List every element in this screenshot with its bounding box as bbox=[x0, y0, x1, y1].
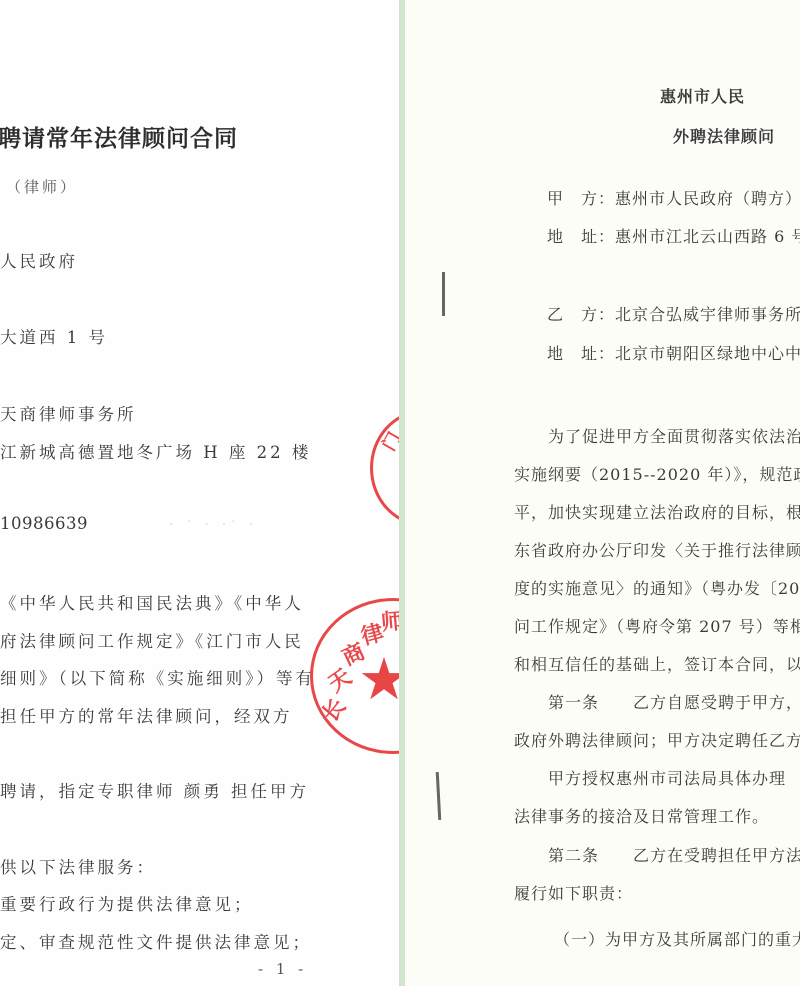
body-line: 实施纲要（2015--2020 年）》，规范政 bbox=[514, 462, 800, 485]
party-a-value: 惠州市人民政府（聘方） bbox=[615, 189, 800, 208]
scan-specks: · ˙ · ·˙ · bbox=[170, 520, 258, 529]
party-a-label: 甲 方： bbox=[547, 189, 615, 208]
body-line: 定、审查规范性文件提供法律意见； bbox=[0, 929, 312, 953]
party-b-label: 乙 方： bbox=[547, 305, 615, 324]
party-b-value: 北京合弘威宇律师事务所 bbox=[615, 305, 800, 324]
body-line: 细则》（以下简称《实施细则》）等有 bbox=[0, 665, 315, 689]
right-page-title-line1: 惠州市人民 bbox=[660, 84, 745, 107]
body-line: 重要行政行为提供法律意见； bbox=[0, 891, 254, 915]
scan-margin-mark bbox=[436, 772, 442, 820]
body-line: 平，加快实现建立法治政府的目标，根 bbox=[514, 500, 800, 523]
body-line: 供以下法律服务： bbox=[0, 854, 156, 878]
left-page-subtitle: （律师） bbox=[6, 176, 78, 197]
article-1-line: 第一条 乙方自愿受聘于甲方， bbox=[514, 690, 800, 713]
page-number: - 1 - bbox=[258, 960, 307, 978]
body-line: 聘请，指定专职律师 颜勇 担任甲方 bbox=[0, 778, 309, 802]
party-b-phone: 10986639 bbox=[0, 514, 88, 533]
party-b-name: 天商律师事务所 bbox=[0, 401, 137, 425]
body-line: 履行如下职责： bbox=[514, 881, 633, 904]
body-line: 担任甲方的常年法律顾问，经双方 bbox=[0, 703, 293, 727]
party-a-address-row: 地 址：惠州市江北云山西路 6 号 bbox=[547, 224, 800, 247]
party-b-address-value: 北京市朝阳区绿地中心中 bbox=[615, 344, 800, 363]
party-a-address-label: 地 址： bbox=[547, 227, 615, 246]
party-b-row: 乙 方：北京合弘威宇律师事务所 bbox=[547, 302, 800, 325]
body-line: 度的实施意见〉的通知》（粤办发〔20 bbox=[514, 576, 800, 599]
seal-char: 师 bbox=[380, 604, 399, 637]
body-line: 府法律顾问工作规定》《江门市人民 bbox=[0, 628, 304, 652]
body-line: 问工作规定》（粤府令第 207 号）等相 bbox=[514, 614, 800, 637]
left-page-title: 聘请常年法律顾问合同 bbox=[0, 120, 238, 153]
seal-star-icon: ★ bbox=[358, 650, 399, 708]
body-line: 和相互信任的基础上，签订本合同，以 bbox=[514, 652, 800, 675]
party-b-address: 江新城高德置地冬广场 H 座 22 楼 bbox=[0, 439, 311, 463]
party-a-address-value: 惠州市江北云山西路 6 号 bbox=[615, 227, 800, 246]
body-line: 东省政府办公厅印发〈关于推行法律顾 bbox=[514, 538, 800, 561]
body-line: 《中华人民共和国民法典》《中华人 bbox=[0, 590, 304, 614]
body-line: （一）为甲方及其所属部门的重大 bbox=[545, 927, 800, 950]
article-2-line: 第二条 乙方在受聘担任甲方法 bbox=[514, 843, 800, 866]
body-line: 政府外聘法律顾问；甲方决定聘任乙方 bbox=[514, 728, 800, 751]
party-a-name: 人民政府 bbox=[0, 248, 78, 272]
party-b-address-label: 地 址： bbox=[547, 344, 615, 363]
right-page-title-line2: 外聘法律顾问 bbox=[673, 124, 775, 147]
body-line: 法律事务的接洽及日常管理工作。 bbox=[514, 804, 769, 827]
party-b-address-row: 地 址：北京市朝阳区绿地中心中 bbox=[547, 341, 800, 364]
right-document-page: 惠州市人民 外聘法律顾问 甲 方：惠州市人民政府（聘方） 地 址：惠州市江北云山… bbox=[405, 0, 800, 986]
scan-margin-mark bbox=[442, 272, 445, 316]
party-a-address: 大道西 1 号 bbox=[0, 324, 108, 348]
body-line: 甲方授权惠州市司法局具体办理 bbox=[514, 766, 786, 789]
party-a-row: 甲 方：惠州市人民政府（聘方） bbox=[547, 186, 800, 209]
body-line: 为了促进甲方全面贯彻落实依法治 bbox=[514, 424, 800, 447]
left-document-page: 聘请常年法律顾问合同 （律师） 人民政府 大道西 1 号 天商律师事务所 江新城… bbox=[0, 0, 399, 986]
